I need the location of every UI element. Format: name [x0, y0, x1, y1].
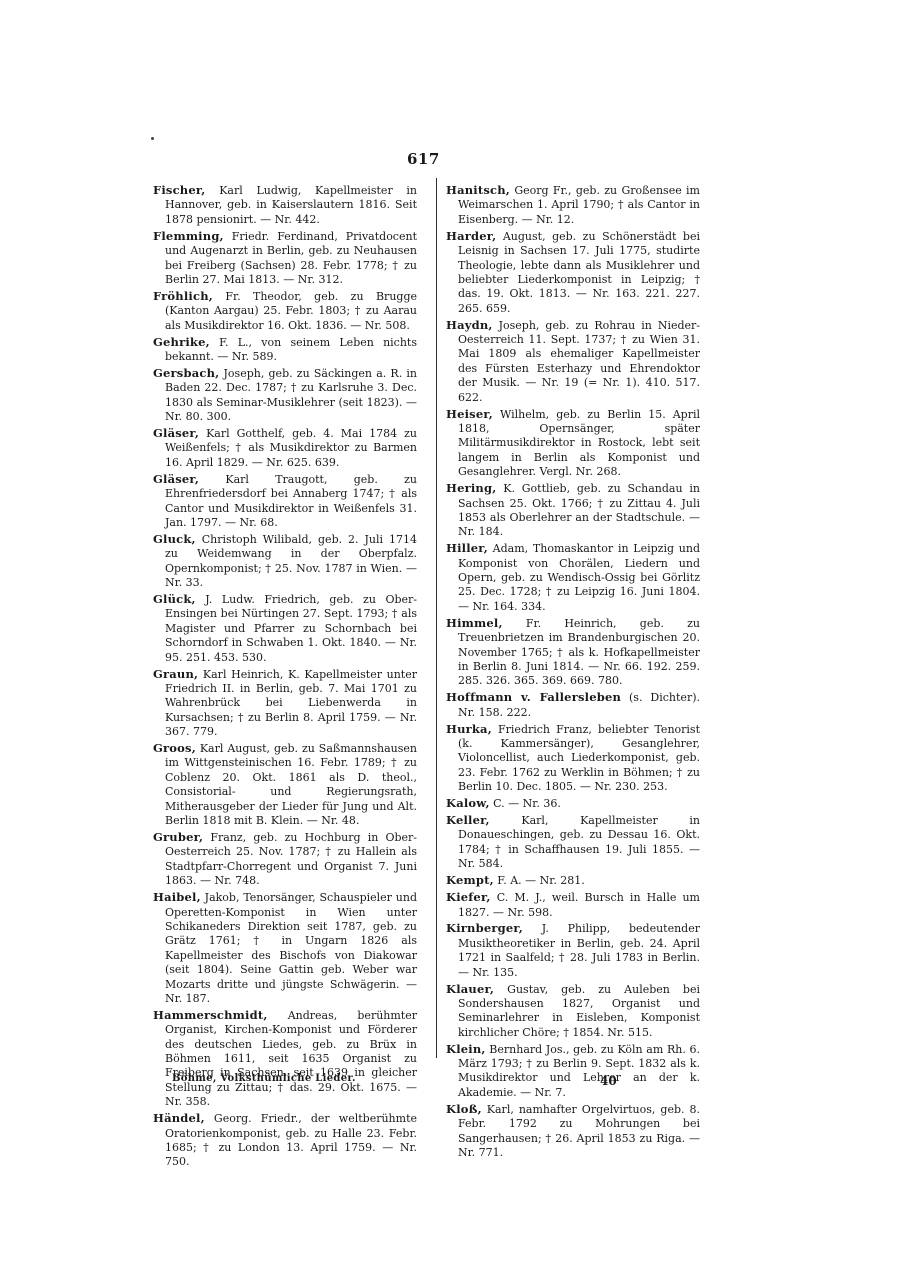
dictionary-entry: Hiller, Adam, Thomaskantor in Leipzig un… [446, 541, 700, 614]
page-number: 617 [407, 150, 440, 168]
entry-headword: Kirnberger, [446, 921, 523, 935]
dictionary-entry: Keller, Karl, Kapellmeister in Donauesch… [446, 813, 700, 872]
entry-headword: Hiller, [446, 541, 488, 555]
dictionary-entry: Klauer, Gustav, geb. zu Auleben bei Sond… [446, 982, 700, 1041]
entry-text: Gustav, geb. zu Auleben bei Sondershause… [458, 983, 700, 1039]
entry-text: Karl Heinrich, K. Kapellmeister unter Fr… [165, 668, 417, 739]
entry-headword: Kempt, [446, 873, 494, 887]
entry-headword: Händel, [153, 1111, 205, 1125]
dictionary-entry: Glück, J. Ludw. Friedrich, geb. zu Ober-… [153, 592, 417, 665]
entry-headword: Gläser, [153, 472, 199, 486]
entry-text: Adam, Thomaskantor in Leipzig und Kompon… [458, 542, 700, 613]
dictionary-entry: Haibel, Jakob, Tenorsänger, Schauspieler… [153, 890, 417, 1006]
dictionary-entry: Haydn, Joseph, geb. zu Rohrau in Nieder-… [446, 318, 700, 405]
entry-headword: Harder, [446, 229, 496, 243]
dictionary-entry: Gläser, Karl Gotthelf, geb. 4. Mai 1784 … [153, 426, 417, 470]
right-column: Hanitsch, Georg Fr., geb. zu Großensee i… [446, 183, 700, 1162]
dictionary-entry: Fischer, Karl Ludwig, Kapellmeister in H… [153, 183, 417, 227]
column-divider [436, 178, 437, 1058]
dictionary-entry: Hoffmann v. Fallersleben (s. Dichter). N… [446, 690, 700, 720]
entry-text: Karl, Kapellmeister in Donaueschingen, g… [458, 814, 700, 870]
page-speck [151, 137, 154, 140]
dictionary-entry: Gruber, Franz, geb. zu Hochburg in Ober-… [153, 830, 417, 889]
entry-text: Karl August, geb. zu Saßmannshausen im W… [165, 742, 417, 827]
dictionary-entry: Graun, Karl Heinrich, K. Kapellmeister u… [153, 667, 417, 740]
entry-headword: Haydn, [446, 318, 493, 332]
entry-text: Franz, geb. zu Hochburg in Ober-Oesterre… [165, 831, 417, 887]
entry-headword: Gruber, [153, 830, 203, 844]
dictionary-entry: Kalow, C. — Nr. 36. [446, 796, 700, 811]
dictionary-entry: Harder, August, geb. zu Schönerstädt bei… [446, 229, 700, 316]
entry-headword: Gersbach, [153, 366, 219, 380]
entry-text: Karl Traugott, geb. zu Ehrenfriedersdorf… [165, 473, 417, 529]
left-column: Fischer, Karl Ludwig, Kapellmeister in H… [153, 183, 417, 1171]
entry-headword: Heiser, [446, 407, 493, 421]
entry-headword: Kalow, [446, 796, 490, 810]
entry-text: C. M. J., weil. Bursch in Halle um 1827.… [458, 891, 700, 918]
dictionary-entry: Hanitsch, Georg Fr., geb. zu Großensee i… [446, 183, 700, 227]
entry-headword: Hammerschmidt, [153, 1008, 268, 1022]
entry-text: Wilhelm, geb. zu Berlin 15. April 1818, … [458, 408, 700, 479]
dictionary-entry: Heiser, Wilhelm, geb. zu Berlin 15. Apri… [446, 407, 700, 480]
entry-headword: Groos, [153, 741, 196, 755]
entry-headword: Gehrike, [153, 335, 210, 349]
entry-text: Andreas, berühmter Organist, Kirchen-Kom… [165, 1009, 417, 1108]
entry-text: Jakob, Tenorsänger, Schauspieler und Ope… [165, 891, 417, 1005]
entry-headword: Hurka, [446, 722, 492, 736]
dictionary-entry: Gersbach, Joseph, geb. zu Säckingen a. R… [153, 366, 417, 425]
entry-text: C. — Nr. 36. [490, 797, 561, 810]
dictionary-entry: Kirnberger, J. Philipp, bedeutender Musi… [446, 921, 700, 980]
entry-headword: Fröhlich, [153, 289, 213, 303]
entry-headword: Hanitsch, [446, 183, 510, 197]
entry-text: Bernhard Jos., geb. zu Köln am Rh. 6. Mä… [458, 1043, 700, 1099]
dictionary-entry: Flemming, Friedr. Ferdinand, Privatdocen… [153, 229, 417, 288]
entry-headword: Klauer, [446, 982, 494, 996]
signature-number: 40 [600, 1074, 617, 1088]
dictionary-entry: Kiefer, C. M. J., weil. Bursch in Halle … [446, 890, 700, 920]
dictionary-entry: Gluck, Christoph Wilibald, geb. 2. Juli … [153, 532, 417, 591]
dictionary-entry: Kempt, F. A. — Nr. 281. [446, 873, 700, 888]
entry-headword: Flemming, [153, 229, 224, 243]
dictionary-entry: Groos, Karl August, geb. zu Saßmannshaus… [153, 741, 417, 828]
dictionary-entry: Kloß, Karl, namhafter Orgelvirtuos, geb.… [446, 1102, 700, 1161]
dictionary-entry: Fröhlich, Fr. Theodor, geb. zu Brugge (K… [153, 289, 417, 333]
entry-text: F. A. — Nr. 281. [494, 874, 585, 887]
dictionary-entry: Händel, Georg. Friedr., der weltberühmte… [153, 1111, 417, 1170]
entry-text: Karl, namhafter Orgelvirtuos, geb. 8. Fe… [458, 1103, 700, 1159]
entry-headword: Fischer, [153, 183, 206, 197]
entry-headword: Hoffmann v. Fallersleben [446, 690, 621, 704]
entry-headword: Graun, [153, 667, 198, 681]
dictionary-entry: Gläser, Karl Traugott, geb. zu Ehrenfrie… [153, 472, 417, 531]
entry-text: Christoph Wilibald, geb. 2. Juli 1714 zu… [165, 533, 417, 589]
entry-headword: Kiefer, [446, 890, 491, 904]
entry-text: Friedrich Franz, beliebter Tenorist (k. … [458, 723, 700, 794]
dictionary-entry: Klein, Bernhard Jos., geb. zu Köln am Rh… [446, 1042, 700, 1101]
entry-headword: Keller, [446, 813, 490, 827]
entry-headword: Kloß, [446, 1102, 482, 1116]
entry-text: Joseph, geb. zu Rohrau in Nieder-Oesterr… [458, 319, 700, 404]
dictionary-entry: Hurka, Friedrich Franz, beliebter Tenori… [446, 722, 700, 795]
footer-signature: Böhme, Volksthümliche Lieder. [172, 1073, 356, 1084]
entry-headword: Hering, [446, 481, 496, 495]
entry-headword: Himmel, [446, 616, 503, 630]
entry-text: J. Ludw. Friedrich, geb. zu Ober-Ensinge… [165, 593, 417, 664]
entry-headword: Gläser, [153, 426, 199, 440]
entry-headword: Gluck, [153, 532, 196, 546]
entry-text: Karl Gotthelf, geb. 4. Mai 1784 zu Weiße… [165, 427, 417, 469]
dictionary-entry: Himmel, Fr. Heinrich, geb. zu Treuenbrie… [446, 616, 700, 689]
dictionary-entry: Hering, K. Gottlieb, geb. zu Schandau in… [446, 481, 700, 540]
dictionary-entry: Gehrike, F. L., von seinem Leben nichts … [153, 335, 417, 365]
entry-headword: Haibel, [153, 890, 201, 904]
dictionary-entry: Hammerschmidt, Andreas, berühmter Organi… [153, 1008, 417, 1110]
entry-headword: Klein, [446, 1042, 486, 1056]
entry-headword: Glück, [153, 592, 196, 606]
